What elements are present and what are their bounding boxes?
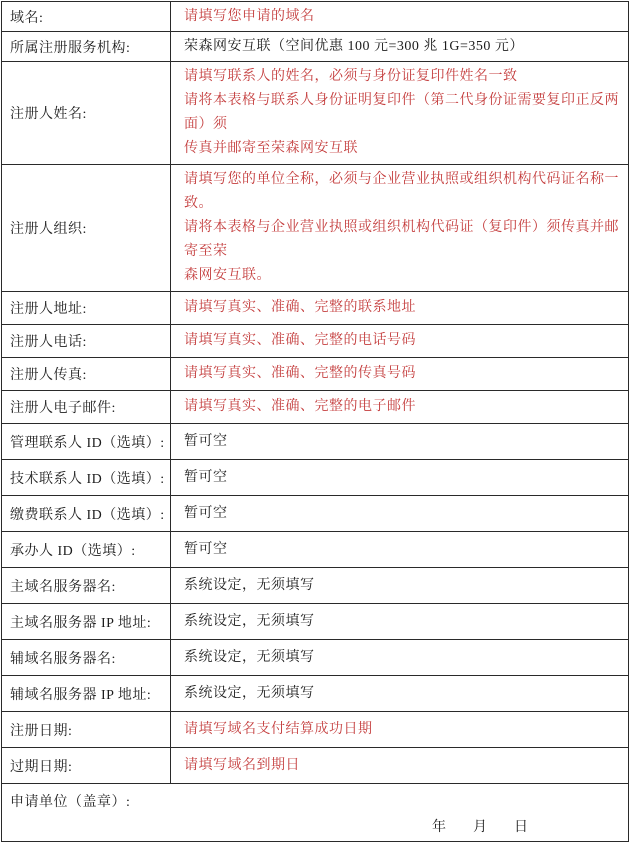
value-line: 传真并邮寄至荣森网安互联 [184,137,622,161]
field-label: 过期日期: [2,748,171,784]
value-line: 暂可空 [184,466,622,490]
table-row: 注册日期:请填写域名支付结算成功日期 [2,712,629,748]
value-line: 系统设定，无须填写 [184,682,622,706]
value-line: 系统设定，无须填写 [184,646,622,670]
table-row: 管理联系人 ID（选填）:暂可空 [2,424,629,460]
table-row: 域名:请填写您申请的域名 [2,2,629,32]
field-label: 辅域名服务器 IP 地址: [2,676,171,712]
field-value: 暂可空 [171,496,629,532]
table-row: 注册人电话:请填写真实、准确、完整的电话号码 [2,325,629,358]
table-row: 主域名服务器名:系统设定，无须填写 [2,568,629,604]
date-line: 年 月 日 [10,816,620,836]
field-label: 管理联系人 ID（选填）: [2,424,171,460]
field-value: 请填写真实、准确、完整的电子邮件 [171,391,629,424]
field-label: 注册人姓名: [2,62,171,165]
field-value: 请填写联系人的姓名，必须与身份证复印件姓名一致请将本表格与联系人身份证明复印件（… [171,62,629,165]
field-value: 荣森网安互联（空间优惠 100 元=300 兆 1G=350 元） [171,32,629,62]
table-row: 过期日期:请填写域名到期日 [2,748,629,784]
table-row: 承办人 ID（选填）:暂可空 [2,532,629,568]
field-value: 暂可空 [171,532,629,568]
field-value: 请填写您申请的域名 [171,2,629,32]
table-row: 辅域名服务器名:系统设定，无须填写 [2,640,629,676]
field-label: 注册人电话: [2,325,171,358]
value-line: 请将本表格与联系人身份证明复印件（第二代身份证需要复印正反两面）须 [184,89,622,137]
field-value: 请填写域名到期日 [171,748,629,784]
value-line: 系统设定，无须填写 [184,574,622,598]
field-value: 系统设定，无须填写 [171,676,629,712]
footer-cell: 申请单位（盖章）: 年 月 日 [2,784,629,842]
field-label: 域名: [2,2,171,32]
field-value: 暂可空 [171,424,629,460]
field-value: 请填写真实、准确、完整的电话号码 [171,325,629,358]
table-row: 注册人电子邮件:请填写真实、准确、完整的电子邮件 [2,391,629,424]
field-value: 系统设定，无须填写 [171,568,629,604]
table-row: 辅域名服务器 IP 地址:系统设定，无须填写 [2,676,629,712]
table-row: 注册人地址:请填写真实、准确、完整的联系地址 [2,292,629,325]
value-line: 暂可空 [184,430,622,454]
value-line: 系统设定，无须填写 [184,610,622,634]
field-label: 辅域名服务器名: [2,640,171,676]
field-value: 请填写域名支付结算成功日期 [171,712,629,748]
footer-row: 申请单位（盖章）: 年 月 日 [2,784,629,842]
document-page: { "colors": { "red_text": "#c43c3c", "bl… [0,1,630,764]
field-label: 承办人 ID（选填）: [2,532,171,568]
field-label: 注册日期: [2,712,171,748]
field-value: 系统设定，无须填写 [171,640,629,676]
domain-registration-form-table: 域名:请填写您申请的域名所属注册服务机构:荣森网安互联（空间优惠 100 元=3… [1,1,629,842]
table-row: 主域名服务器 IP 地址:系统设定，无须填写 [2,604,629,640]
value-line: 请填写您的单位全称，必须与企业营业执照或组织机构代码证名称一致。 [184,168,622,216]
value-line: 请填写域名支付结算成功日期 [184,718,622,742]
value-line: 请将本表格与企业营业执照或组织机构代码证（复印件）须传真并邮寄至荣 [184,216,622,264]
field-value: 请填写真实、准确、完整的传真号码 [171,358,629,391]
field-value: 暂可空 [171,460,629,496]
year-label: 年 [432,816,446,836]
value-line: 暂可空 [184,502,622,526]
value-line: 请填写域名到期日 [184,754,622,778]
value-line: 荣森网安互联（空间优惠 100 元=300 兆 1G=350 元） [184,35,622,59]
value-line: 请填写真实、准确、完整的传真号码 [184,362,622,386]
month-label: 月 [473,816,487,836]
value-line: 请填写真实、准确、完整的电话号码 [184,329,622,353]
field-label: 所属注册服务机构: [2,32,171,62]
table-row: 注册人传真:请填写真实、准确、完整的传真号码 [2,358,629,391]
value-line: 森网安互联。 [184,264,622,288]
value-line: 暂可空 [184,538,622,562]
table-row: 注册人姓名:请填写联系人的姓名，必须与身份证复印件姓名一致请将本表格与联系人身份… [2,62,629,165]
field-value: 请填写您的单位全称，必须与企业营业执照或组织机构代码证名称一致。请将本表格与企业… [171,165,629,292]
field-value: 请填写真实、准确、完整的联系地址 [171,292,629,325]
value-line: 请填写真实、准确、完整的联系地址 [184,296,622,320]
field-value: 系统设定，无须填写 [171,604,629,640]
value-line: 请填写联系人的姓名，必须与身份证复印件姓名一致 [184,65,622,89]
field-label: 注册人电子邮件: [2,391,171,424]
table-row: 注册人组织:请填写您的单位全称，必须与企业营业执照或组织机构代码证名称一致。请将… [2,165,629,292]
field-label: 技术联系人 ID（选填）: [2,460,171,496]
form-rows: 域名:请填写您申请的域名所属注册服务机构:荣森网安互联（空间优惠 100 元=3… [2,2,629,784]
table-row: 缴费联系人 ID（选填）:暂可空 [2,496,629,532]
field-label: 注册人传真: [2,358,171,391]
applicant-unit-seal-label: 申请单位（盖章）: [10,791,620,811]
field-label: 缴费联系人 ID（选填）: [2,496,171,532]
table-row: 技术联系人 ID（选填）:暂可空 [2,460,629,496]
field-label: 主域名服务器 IP 地址: [2,604,171,640]
day-label: 日 [514,816,528,836]
field-label: 注册人地址: [2,292,171,325]
table-row: 所属注册服务机构:荣森网安互联（空间优惠 100 元=300 兆 1G=350 … [2,32,629,62]
field-label: 主域名服务器名: [2,568,171,604]
value-line: 请填写真实、准确、完整的电子邮件 [184,395,622,419]
form-footer: 申请单位（盖章）: 年 月 日 [2,784,629,842]
value-line: 请填写您申请的域名 [184,5,622,29]
field-label: 注册人组织: [2,165,171,292]
